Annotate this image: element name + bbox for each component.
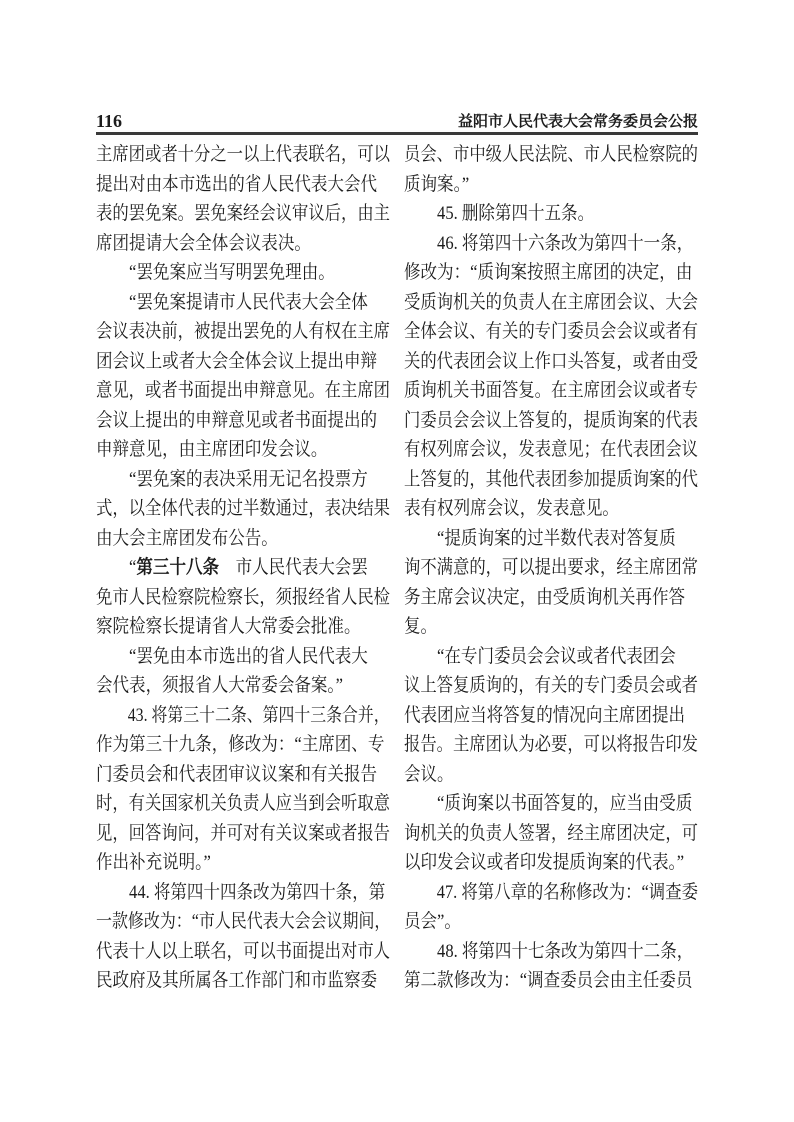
text-run: “提质询案的过半数代表对答复质 <box>404 528 676 549</box>
text-run: 一款修改为：“市人民代表大会会议期间， <box>96 911 390 932</box>
text-run: 复。 <box>404 616 437 637</box>
text-run: 上答复的，其他代表团参加提质询案的代 <box>404 469 698 490</box>
text-line: 团会议上或者大会全体会议上提出申辩 <box>96 347 352 377</box>
text-line: 表的罢免案。罢免案经会议审议后，由主 <box>96 199 349 229</box>
text-line: 察院检察长提请省人大常委会批准。 <box>96 612 352 642</box>
text-run: 48. 将第四十七条改为第四十二条， <box>404 941 693 962</box>
text-line: 48. 将第四十七条改为第四十二条， <box>404 937 660 967</box>
text-run: 见，回答询问，并可对有关议案或者报告 <box>96 823 390 844</box>
text-run: 代表团应当将答复的情况向主席团提出 <box>404 705 685 726</box>
text-line: 复。 <box>404 612 660 642</box>
text-run: “罢免由本市选出的省人民代表大 <box>96 646 368 667</box>
body-columns: 主席团或者十分之一以上代表联名，可以提出对由本市选出的省人民代表大会代表的罢免案… <box>96 140 698 996</box>
text-run: 时，有关国家机关负责人应当到会听取意 <box>96 793 390 814</box>
text-run: 第二款修改为：“调查委员会由主任委员 <box>404 970 692 991</box>
text-run: 43. 将第三十二条、第四十三条合并， <box>96 705 390 726</box>
text-line: 询不满意的，可以提出要求，经主席团常 <box>404 553 657 583</box>
text-line: 修改为：“质询案按照主席团的决定，由 <box>404 258 660 288</box>
text-line: 44. 将第四十四条改为第四十条，第 <box>96 878 352 908</box>
text-line: 47. 将第八章的名称修改为：“调查委 <box>404 878 657 908</box>
text-run: 作为第三十九条，修改为：“主席团、专 <box>96 734 384 755</box>
text-line: “在专门委员会会议或者代表团会 <box>404 642 660 672</box>
text-run: 表的罢免案。罢免案经会议审议后，由主 <box>96 203 390 224</box>
text-line: “罢免案的表决采用无记名投票方 <box>96 465 352 495</box>
text-line: 门委员会会议上答复的，提质询案的代表 <box>404 406 657 436</box>
text-line: 以印发会议或者印发提质询案的代表。” <box>404 848 660 878</box>
text-line: 门委员会和代表团审议议案和有关报告 <box>96 760 352 790</box>
text-line: 46. 将第四十六条改为第四十一条， <box>404 229 660 259</box>
text-run: 46. 将第四十六条改为第四十一条， <box>404 233 693 254</box>
text-run: 受质询机关的负责人在主席团会议、大会 <box>404 292 698 313</box>
text-run: 申辩意见，由主席团印发会议。 <box>96 439 327 460</box>
text-run: 团会议上或者大会全体会议上提出申辩 <box>96 351 377 372</box>
text-run: 免市人民检察院检察长，须报经省人民检 <box>96 587 390 608</box>
text-line: “罢免由本市选出的省人民代表大 <box>96 642 352 672</box>
text-run: “在专门委员会会议或者代表团会 <box>404 646 676 667</box>
article-number-bold: 第三十八条 <box>136 557 219 578</box>
text-run: 席团提请大会全体会议表决。 <box>96 233 311 254</box>
text-run: 意见，或者书面提出申辩意见。在主席团 <box>96 380 390 401</box>
text-line: 务主席会议决定，由受质询机关再作答 <box>404 583 660 613</box>
text-run: 式，以全体代表的过半数通过，表决结果 <box>96 498 390 519</box>
text-line: 全体会议、有关的专门委员会会议或者有 <box>404 317 657 347</box>
text-line: 有权列席会议，发表意见；在代表团会议 <box>404 435 657 465</box>
text-run: 44. 将第四十四条改为第四十条，第 <box>96 882 385 903</box>
text-run: 员会”。 <box>404 911 461 932</box>
text-run: “ <box>96 557 136 578</box>
text-line: 席团提请大会全体会议表决。 <box>96 229 352 259</box>
text-run: 45. 删除第四十五条。 <box>404 203 594 224</box>
text-run: 全体会议、有关的专门委员会会议或者有 <box>404 321 698 342</box>
text-line: 代表团应当将答复的情况向主席团提出 <box>404 701 660 731</box>
left-column: 主席团或者十分之一以上代表联名，可以提出对由本市选出的省人民代表大会代表的罢免案… <box>96 140 390 996</box>
text-run: 市人民代表大会罢 <box>219 557 368 578</box>
text-line: 时，有关国家机关负责人应当到会听取意 <box>96 789 349 819</box>
text-run: 会议。 <box>404 764 454 785</box>
text-run: 会代表，须报省人大常委会备案。” <box>96 675 343 696</box>
text-run: 由大会主席团发布公告。 <box>96 528 278 549</box>
text-run: 修改为：“质询案按照主席团的决定，由 <box>404 262 692 283</box>
text-line: “提质询案的过半数代表对答复质 <box>404 524 660 554</box>
text-run: 察院检察长提请省人大常委会批准。 <box>96 616 360 637</box>
text-line: “质询案以书面答复的，应当由受质 <box>404 789 660 819</box>
text-run: 门委员会和代表团审议议案和有关报告 <box>96 764 377 785</box>
text-line: 民政府及其所属各工作部门和市监察委 <box>96 966 352 996</box>
text-run: 47. 将第八章的名称修改为：“调查委 <box>404 882 698 903</box>
text-run: 会议上提出的申辩意见或者书面提出的 <box>96 410 377 431</box>
right-column: 员会、市中级人民法院、市人民检察院的质询案。” 45. 删除第四十五条。 46.… <box>404 140 698 996</box>
text-run: “罢免案应当写明罢免理由。 <box>96 262 335 283</box>
text-line: 代表十人以上联名，可以书面提出对市人 <box>96 937 349 967</box>
text-line: 质询案。” <box>404 170 660 200</box>
text-line: 作出补充说明。” <box>96 848 352 878</box>
text-run: 关的代表团会议上作口头答复，或者由受 <box>404 351 698 372</box>
text-run: 门委员会会议上答复的，提质询案的代表 <box>404 410 698 431</box>
text-line: 会议表决前，被提出罢免的人有权在主席 <box>96 317 349 347</box>
document-page: 116 益阳市人民代表大会常务委员会公报 主席团或者十分之一以上代表联名，可以提… <box>0 0 794 1122</box>
text-line: 作为第三十九条，修改为：“主席团、专 <box>96 730 352 760</box>
text-line: 提出对由本市选出的省人民代表大会代 <box>96 170 352 200</box>
page-number: 116 <box>96 112 122 130</box>
text-run: 作出补充说明。” <box>96 852 211 873</box>
text-run: 询机关的负责人签署，经主席团决定，可 <box>404 823 698 844</box>
text-run: 民政府及其所属各工作部门和市监察委 <box>96 970 377 991</box>
text-run: 询不满意的，可以提出要求，经主席团常 <box>404 557 698 578</box>
text-run: 有权列席会议，发表意见；在代表团会议 <box>404 439 698 460</box>
text-line: 质询机关书面答复。在主席团会议或者专 <box>404 376 657 406</box>
text-line: 第二款修改为：“调查委员会由主任委员 <box>404 966 660 996</box>
text-line: 由大会主席团发布公告。 <box>96 524 352 554</box>
text-run: 会议表决前，被提出罢免的人有权在主席 <box>96 321 390 342</box>
text-run: “罢免案的表决采用无记名投票方 <box>96 469 368 490</box>
text-line: “罢免案应当写明罢免理由。 <box>96 258 352 288</box>
text-run: “质询案以书面答复的，应当由受质 <box>404 793 692 814</box>
text-run: 主席团或者十分之一以上代表联名，可以 <box>96 144 390 165</box>
text-run: 提出对由本市选出的省人民代表大会代 <box>96 174 377 195</box>
text-line: 申辩意见，由主席团印发会议。 <box>96 435 352 465</box>
text-run: 议上答复质询的，有关的专门委员会或者 <box>404 675 698 696</box>
text-run: 表有权列席会议，发表意见。 <box>404 498 619 519</box>
text-run: “罢免案提请市人民代表大会全体 <box>96 292 368 313</box>
text-line: 关的代表团会议上作口头答复，或者由受 <box>404 347 657 377</box>
text-line: 报告。主席团认为必要，可以将报告印发 <box>404 730 657 760</box>
text-line: 会议上提出的申辩意见或者书面提出的 <box>96 406 352 436</box>
text-line: 式，以全体代表的过半数通过，表决结果 <box>96 494 349 524</box>
text-run: 务主席会议决定，由受质询机关再作答 <box>404 587 685 608</box>
text-line: 会代表，须报省人大常委会备案。” <box>96 671 352 701</box>
text-run: 员会、市中级人民法院、市人民检察院的 <box>404 144 698 165</box>
text-line: 主席团或者十分之一以上代表联名，可以 <box>96 140 349 170</box>
text-line: 询机关的负责人签署，经主席团决定，可 <box>404 819 657 849</box>
text-line: 表有权列席会议，发表意见。 <box>404 494 660 524</box>
text-line: 见，回答询问，并可对有关议案或者报告 <box>96 819 349 849</box>
text-run: 质询机关书面答复。在主席团会议或者专 <box>404 380 698 401</box>
text-line: “第三十八条 市人民代表大会罢 <box>96 553 352 583</box>
page-header: 116 益阳市人民代表大会常务委员会公报 <box>96 104 698 135</box>
text-line: 免市人民检察院检察长，须报经省人民检 <box>96 583 349 613</box>
text-line: 议上答复质询的，有关的专门委员会或者 <box>404 671 657 701</box>
text-run: 代表十人以上联名，可以书面提出对市人 <box>96 941 390 962</box>
text-line: 员会”。 <box>404 907 660 937</box>
text-line: “罢免案提请市人民代表大会全体 <box>96 288 352 318</box>
header-title: 益阳市人民代表大会常务委员会公报 <box>458 115 698 130</box>
text-line: 会议。 <box>404 760 660 790</box>
text-line: 受质询机关的负责人在主席团会议、大会 <box>404 288 657 318</box>
text-line: 45. 删除第四十五条。 <box>404 199 660 229</box>
text-line: 意见，或者书面提出申辩意见。在主席团 <box>96 376 349 406</box>
text-line: 一款修改为：“市人民代表大会会议期间， <box>96 907 343 937</box>
text-run: 报告。主席团认为必要，可以将报告印发 <box>404 734 698 755</box>
text-run: 质询案。” <box>404 174 469 195</box>
text-line: 上答复的，其他代表团参加提质询案的代 <box>404 465 657 495</box>
text-run: 以印发会议或者印发提质询案的代表。” <box>404 852 684 873</box>
text-line: 43. 将第三十二条、第四十三条合并， <box>96 701 342 731</box>
text-line: 员会、市中级人民法院、市人民检察院的 <box>404 140 657 170</box>
